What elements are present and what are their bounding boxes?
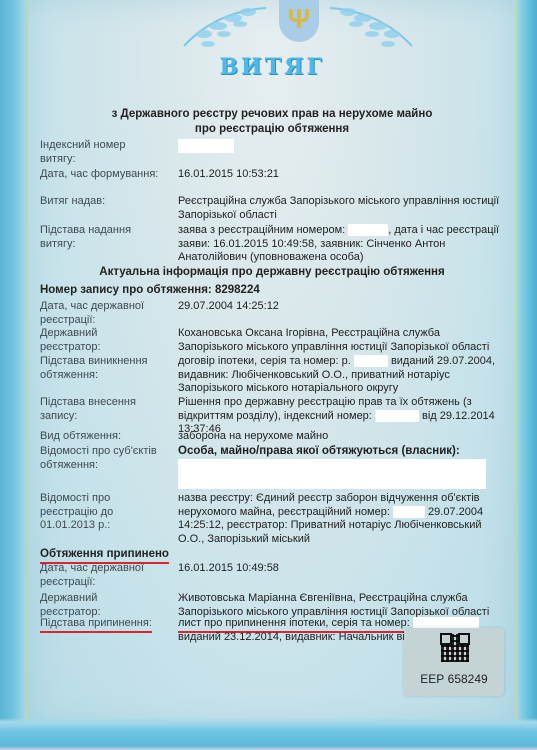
redacted-registry-number xyxy=(393,506,425,518)
document-title: ВИТЯГ xyxy=(28,54,516,80)
field-formed-at: Дата, час формування: 16.01.2015 10:53:2… xyxy=(40,168,500,196)
field-registrar: Державний реєстратор: Кохановська Оксана… xyxy=(40,327,500,355)
state-emblem: Ψ xyxy=(178,0,418,56)
field-pre-2013: Відомості про реєстрацію до 01.01.2013 р… xyxy=(40,492,500,548)
wreath-left-icon xyxy=(178,0,268,50)
security-sticker: ЕЕР 658249 xyxy=(404,628,504,696)
redacted-owner xyxy=(178,459,486,489)
redacted-decision-number xyxy=(375,410,419,422)
field-encumbrance-type: Вид обтяження: заборона на нерухоме майн… xyxy=(40,430,500,444)
redacted-contract-number xyxy=(354,355,388,367)
record-number: Номер запису про обтяження: 8298224 xyxy=(40,284,260,296)
qr-code-icon xyxy=(441,634,469,662)
field-origin-basis: Підстава виникнення обтяження: договір і… xyxy=(40,355,500,397)
field-subjects: Відомості про суб'єктів обтяження: Особа… xyxy=(40,445,500,495)
section-current-info: Актуальна інформація про державну реєстр… xyxy=(28,266,516,278)
field-registered-at: Дата, час державної реєстрації: 29.07.20… xyxy=(40,300,500,328)
redacted-application-number xyxy=(348,224,388,236)
field-termination-registrar: Державний реєстратор: Животовська Маріан… xyxy=(40,592,500,620)
extract-document: Ψ ВИТЯГ з Державного реєстру речових пра… xyxy=(26,0,518,728)
wreath-right-icon xyxy=(328,0,418,50)
field-termination-registered-at: Дата, час державної реєстрації: 16.01.20… xyxy=(40,562,500,590)
document-subtitle: з Державного реєстру речових прав на нер… xyxy=(28,107,516,137)
redacted-index-number xyxy=(178,139,234,153)
sticker-serial: ЕЕР 658249 xyxy=(404,672,504,686)
field-basis: Підстава надання витягу: заява з реєстра… xyxy=(40,224,500,266)
field-index-number: Індексний номер витягу: xyxy=(40,139,500,167)
document-frame-bottom xyxy=(0,718,537,750)
field-issued-by: Витяг надав: Реєстраційна служба Запоріз… xyxy=(40,195,500,223)
termination-heading: Обтяження припинено xyxy=(40,548,169,560)
trident-icon: Ψ xyxy=(279,0,319,42)
